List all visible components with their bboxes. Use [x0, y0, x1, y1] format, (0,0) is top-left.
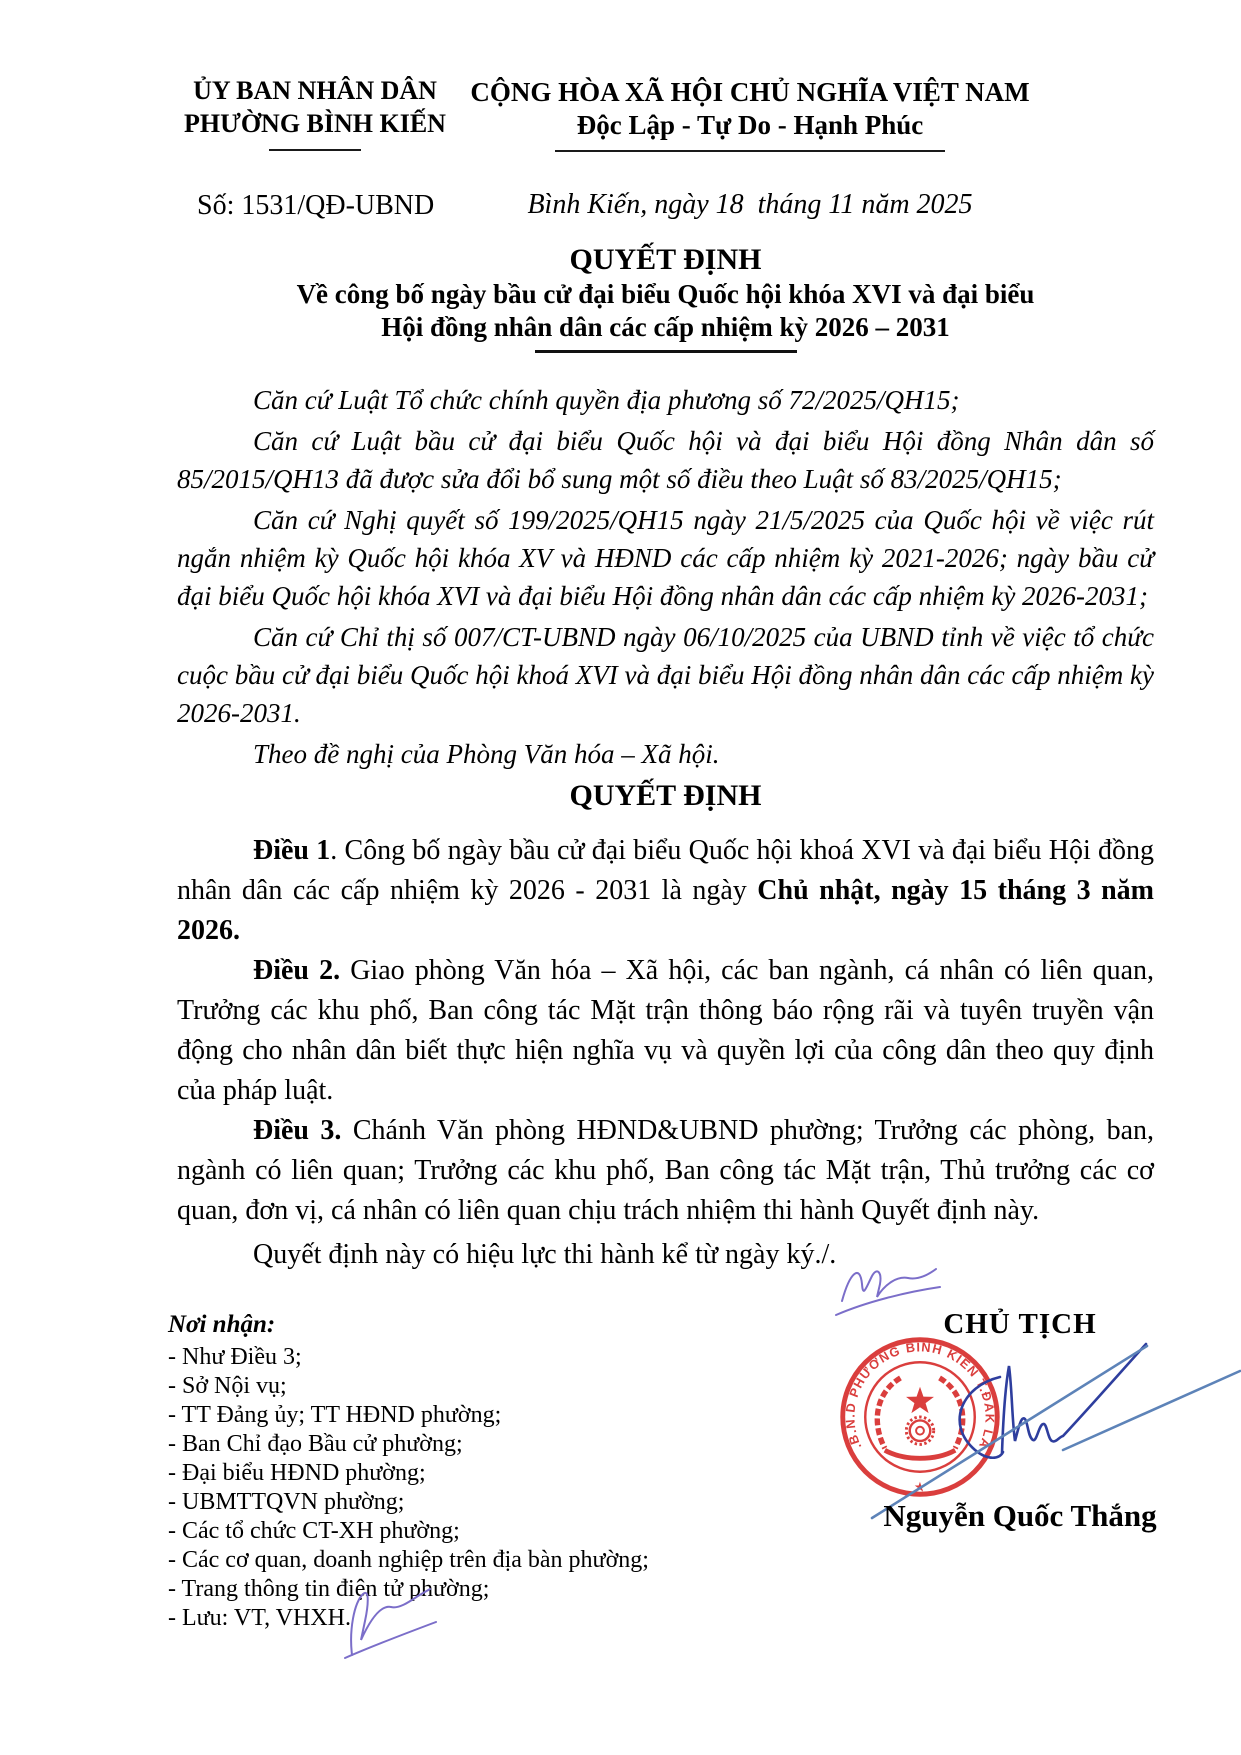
recipients-list: - Như Điều 3; - Sở Nội vụ; - TT Đảng ủy;… [168, 1343, 788, 1633]
place-and-date: Bình Kiến, ngày 18 tháng 11 năm 2025 [480, 189, 1020, 221]
article-1-sep: . [330, 835, 344, 866]
recipient-item: - UBMTTQVN phường; [168, 1488, 788, 1517]
issuer-line1: ỦY BAN NHÂN DÂN [165, 74, 465, 107]
document-title: QUYẾT ĐỊNH [177, 243, 1154, 277]
recipients-heading: Nơi nhận: [168, 1311, 788, 1339]
subject-line2: Hội đồng nhân dân các cấp nhiệm kỳ 2026 … [177, 311, 1154, 344]
motto-underline [555, 150, 945, 152]
document-page: ỦY BAN NHÂN DÂN PHƯỜNG BÌNH KIẾN CỘNG HÒ… [0, 0, 1241, 1755]
recital-paragraph: Căn cứ Chỉ thị số 007/CT-UBND ngày 06/10… [177, 618, 1154, 732]
recipients-block: Nơi nhận: - Như Điều 3; - Sở Nội vụ; - T… [168, 1311, 788, 1633]
recital-paragraph: Căn cứ Luật Tổ chức chính quyền địa phươ… [177, 381, 1154, 419]
document-number: Số: 1531/QĐ-UBND [197, 190, 434, 222]
signer-name: Nguyễn Quốc Thắng [850, 1498, 1190, 1534]
initials-scribble-icon [836, 1269, 940, 1315]
issuer-line2: PHƯỜNG BÌNH KIẾN [165, 107, 465, 140]
document-body: Căn cứ Luật Tổ chức chính quyền địa phươ… [177, 381, 1154, 1275]
signature-light-strokes [872, 1346, 1240, 1518]
national-header-block: CỘNG HÒA XÃ HỘI CHỦ NGHĨA VIỆT NAM Độc L… [455, 76, 1045, 152]
recipient-item: - TT Đảng ủy; TT HĐND phường; [168, 1401, 788, 1430]
recital-paragraph: Căn cứ Luật bầu cử đại biểu Quốc hội và … [177, 422, 1154, 498]
signature-dark-strokes [960, 1344, 1146, 1458]
national-name: CỘNG HÒA XÃ HỘI CHỦ NGHĨA VIỆT NAM [455, 76, 1045, 109]
recipient-item: - Sở Nội vụ; [168, 1372, 788, 1401]
issuing-authority-block: ỦY BAN NHÂN DÂN PHƯỜNG BÌNH KIẾN [165, 74, 465, 151]
subject-line1: Về công bố ngày bầu cử đại biểu Quốc hội… [177, 278, 1154, 311]
issuer-underline [269, 149, 361, 151]
archival-initials-scribble-icon [332, 1580, 447, 1662]
recipient-item: - Đại biểu HĐND phường; [168, 1459, 788, 1488]
enacting-heading: QUYẾT ĐỊNH [177, 779, 1154, 813]
article-3-label: Điều 3. [253, 1115, 341, 1146]
national-motto: Độc Lập - Tự Do - Hạnh Phúc [455, 109, 1045, 142]
recital-paragraph: Theo đề nghị của Phòng Văn hóa – Xã hội. [177, 735, 1154, 773]
article-2-sep [340, 955, 350, 986]
article-2: Điều 2. Giao phòng Văn hóa – Xã hội, các… [177, 951, 1154, 1111]
recipient-item: - Như Điều 3; [168, 1343, 788, 1372]
document-subject: Về công bố ngày bầu cử đại biểu Quốc hội… [177, 278, 1154, 353]
recipient-item: - Các cơ quan, doanh nghiệp trên địa bàn… [168, 1546, 788, 1575]
article-1: Điều 1. Công bố ngày bầu cử đại biểu Quố… [177, 831, 1154, 951]
recipient-item: - Lưu: VT, VHXH. [168, 1604, 788, 1633]
recipient-item: - Trang thông tin điện tử phường; [168, 1575, 788, 1604]
article-1-label: Điều 1 [253, 835, 330, 866]
recital-paragraph: Căn cứ Nghị quyết số 199/2025/QH15 ngày … [177, 501, 1154, 615]
article-3-sep [341, 1115, 352, 1146]
article-2-label: Điều 2. [253, 955, 340, 986]
subject-underline [535, 350, 797, 353]
recipient-item: - Ban Chỉ đạo Bầu cử phường; [168, 1430, 788, 1459]
article-3: Điều 3. Chánh Văn phòng HĐND&UBND phường… [177, 1111, 1154, 1231]
recipient-item: - Các tổ chức CT-XH phường; [168, 1517, 788, 1546]
